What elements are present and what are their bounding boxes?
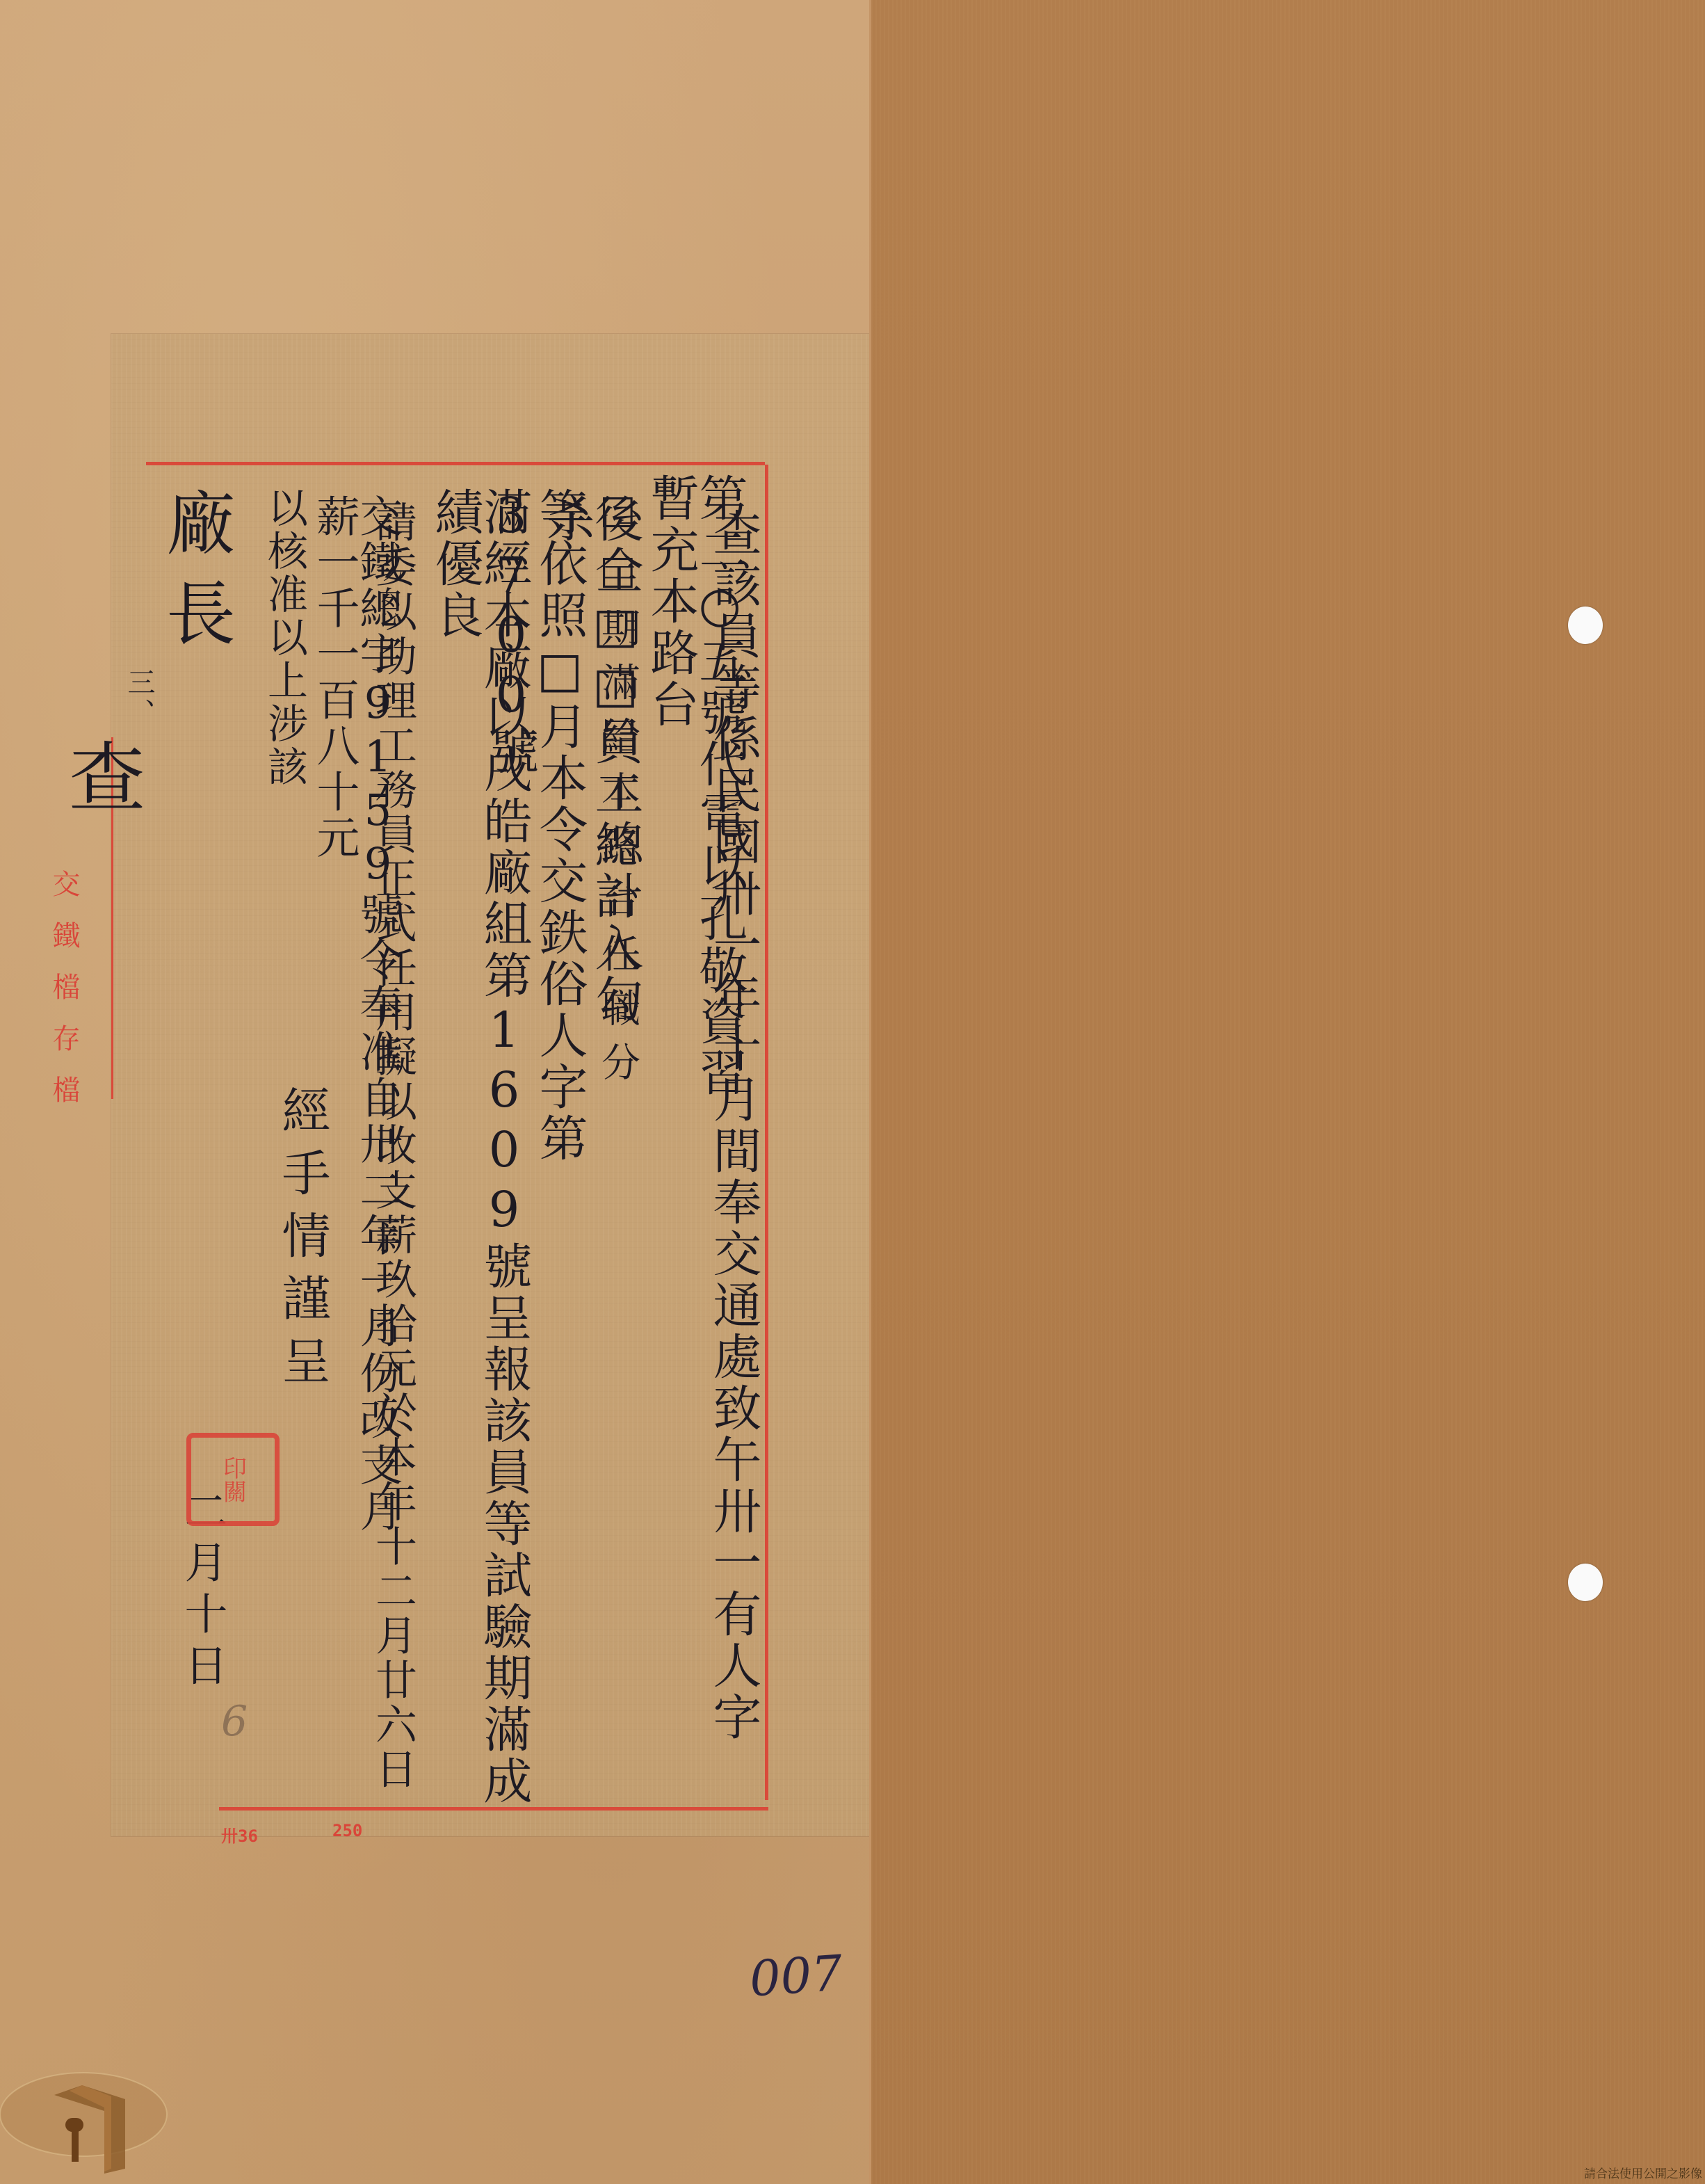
marginal-annotation: 三、 <box>125 668 153 729</box>
text-column-signoff: 經手情謹呈 <box>278 1085 327 1475</box>
folder-cover <box>869 0 1705 2184</box>
marginal-annotation: 查 <box>63 737 139 817</box>
form-code-right: 250 <box>332 1821 362 1840</box>
form-code-left: 卅36 <box>221 1822 258 1847</box>
sheet-number: 007 <box>748 1944 844 2007</box>
faint-pencil-number: 6 <box>221 1697 248 1746</box>
red-ruling-right <box>765 465 768 1800</box>
text-column-9: 以核准以上涉該 <box>264 487 305 974</box>
red-ruling-top <box>146 462 765 465</box>
addressee: 廠長 <box>160 487 229 668</box>
punch-hole-bottom <box>1568 1564 1603 1601</box>
text-column-2: 第二○五號代電以孔敬資習暫充本路台 <box>647 473 744 1099</box>
text-column-6: 滿經本廠以戌皓廠組第1609號呈報該員等試驗期滿成績優良 <box>431 487 528 1808</box>
red-seal-stamp: 印關 <box>186 1433 280 1526</box>
archive-red-stamp: 交鐵檔存檔 <box>45 869 84 1127</box>
seal-text: 印關 <box>216 1456 250 1503</box>
archive-book-keyhole-icon <box>0 2045 174 2184</box>
usage-watermark: 請合法使用公開之影像 <box>1584 2164 1702 2181</box>
punch-hole-top <box>1568 607 1603 644</box>
